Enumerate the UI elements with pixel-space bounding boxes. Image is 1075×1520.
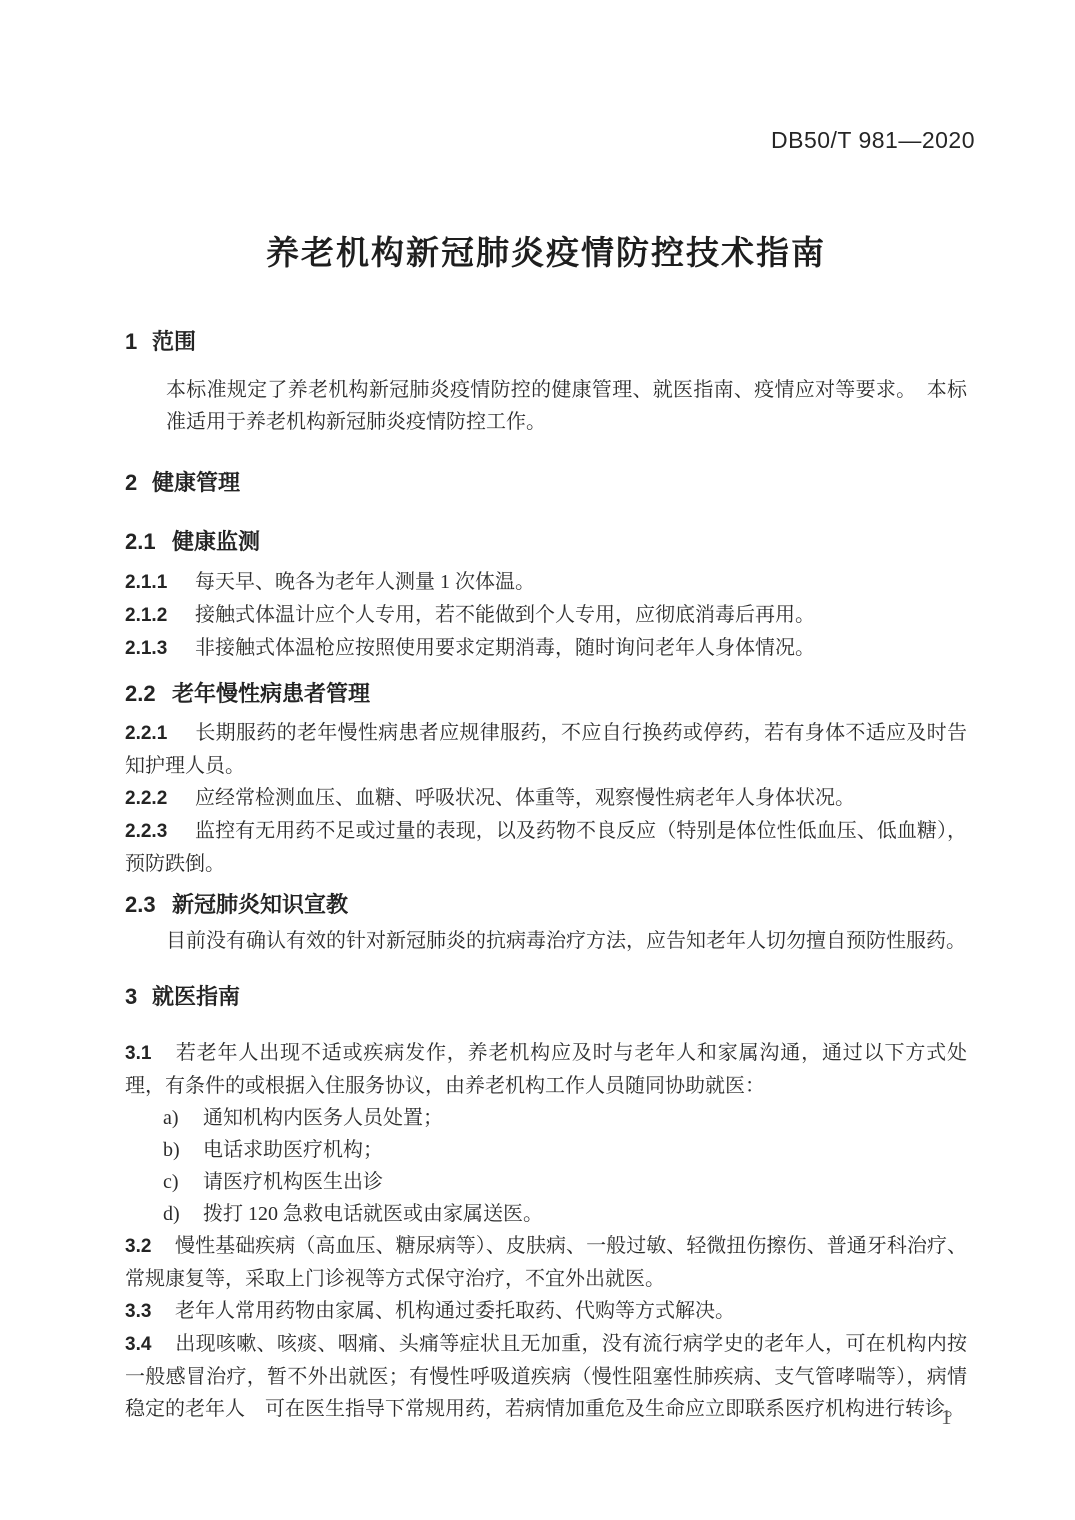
section-title: 新冠肺炎知识宣教 <box>172 892 348 917</box>
clause: 3.1若老年人出现不适或疾病发作，养老机构应及时与老年人和家属沟通，通过以下方式… <box>125 1037 967 1102</box>
section-number: 2.1 <box>125 527 172 557</box>
list-item-label: b) <box>163 1134 203 1166</box>
list-item-label: c) <box>163 1166 203 1198</box>
clause: 2.2.2应经常检测血压、血糖、呼吸状况、体重等，观察慢性病老年人身体状况。 <box>125 782 967 815</box>
clause-text: 若老年人出现不适或疾病发作，养老机构应及时与老年人和家属沟通，通过以下方式处理，… <box>125 1042 967 1097</box>
clause-number: 2.1.3 <box>125 633 195 665</box>
clause: 2.1.3非接触式体温枪应按照使用要求定期消毒，随时询问老年人身体情况。 <box>125 632 967 665</box>
sub-section-heading: 2.1健康监测 <box>125 527 967 557</box>
clause-text: 老年人常用药物由家属、机构通过委托取药、代购等方式解决。 <box>175 1300 735 1322</box>
clause: 3.3老年人常用药物由家属、机构通过委托取药、代购等方式解决。 <box>125 1295 967 1328</box>
clause-text: 长期服药的老年慢性病患者应规律服药，不应自行换药或停药，若有身体不适应及时告知护… <box>125 722 967 777</box>
section-number: 2 <box>125 468 152 498</box>
page-number: 1 <box>941 1405 952 1430</box>
clause: 3.4出现咳嗽、咳痰、咽痛、头痛等症状且无加重，没有流行病学史的老年人，可在机构… <box>125 1328 967 1425</box>
clause-text: 非接触式体温枪应按照使用要求定期消毒，随时询问老年人身体情况。 <box>195 637 815 659</box>
sub-section-heading: 2.3新冠肺炎知识宣教 <box>125 890 967 920</box>
list-item-text: 拨打 120 急救电话就医或由家属送医。 <box>203 1203 543 1225</box>
clause-number: 3.4 <box>125 1329 175 1361</box>
section-title: 范围 <box>152 329 196 354</box>
clause-number: 3.1 <box>125 1038 175 1070</box>
list-item-text: 请医疗机构医生出诊 <box>203 1171 383 1193</box>
section-title: 老年慢性病患者管理 <box>172 681 370 706</box>
clause-number: 3.2 <box>125 1231 175 1263</box>
list-item-text: 通知机构内医务人员处置； <box>203 1107 443 1129</box>
list-item: a)通知机构内医务人员处置； <box>163 1102 967 1134</box>
clause-text: 接触式体温计应个人专用，若不能做到个人专用，应彻底消毒后再用。 <box>195 604 815 626</box>
section-heading: 3就医指南 <box>125 982 967 1012</box>
clause-text: 慢性基础疾病（高血压、糖尿病等）、皮肤病、一般过敏、轻微扭伤擦伤、普通牙科治疗、… <box>125 1235 967 1290</box>
clause: 3.2慢性基础疾病（高血压、糖尿病等）、皮肤病、一般过敏、轻微扭伤擦伤、普通牙科… <box>125 1230 967 1295</box>
document-page: DB50/T 981—2020 养老机构新冠肺炎疫情防控技术指南 1范围 本标准… <box>0 0 1075 1520</box>
sub-section-heading: 2.2老年慢性病患者管理 <box>125 679 967 709</box>
clause: 2.1.1每天早、晚各为老年人测量 1 次体温。 <box>125 566 967 599</box>
clause-text: 监控有无用药不足或过量的表现，以及药物不良反应（特别是体位性低血压、低血糖），预… <box>125 820 967 875</box>
section-heading: 1范围 <box>125 327 967 357</box>
paragraph: 目前没有确认有效的针对新冠肺炎的抗病毒治疗方法，应告知老年人切勿擅自预防性服药。 <box>166 925 967 957</box>
list-item: d)拨打 120 急救电话就医或由家属送医。 <box>163 1198 967 1230</box>
clause: 2.2.1长期服药的老年慢性病患者应规律服药，不应自行换药或停药，若有身体不适应… <box>125 717 967 782</box>
list-item: b)电话求助医疗机构； <box>163 1134 967 1166</box>
doc-code: DB50/T 981—2020 <box>771 127 975 154</box>
clause-number: 2.2.1 <box>125 718 195 750</box>
section-title: 健康管理 <box>152 470 240 495</box>
section-number: 1 <box>125 327 152 357</box>
section-title: 健康监测 <box>172 529 260 554</box>
doc-title: 养老机构新冠肺炎疫情防控技术指南 <box>125 231 967 275</box>
clause-number: 2.1.2 <box>125 600 195 632</box>
section-number: 2.2 <box>125 679 172 709</box>
clause-text: 每天早、晚各为老年人测量 1 次体温。 <box>195 571 535 593</box>
clause-text: 出现咳嗽、咳痰、咽痛、头痛等症状且无加重，没有流行病学史的老年人，可在机构内按一… <box>125 1333 967 1420</box>
clause: 2.1.2接触式体温计应个人专用，若不能做到个人专用，应彻底消毒后再用。 <box>125 599 967 632</box>
clause-number: 3.3 <box>125 1296 175 1328</box>
list-item-text: 电话求助医疗机构； <box>203 1139 383 1161</box>
clause-number: 2.2.2 <box>125 783 195 815</box>
clause: 2.2.3监控有无用药不足或过量的表现，以及药物不良反应（特别是体位性低血压、低… <box>125 815 967 880</box>
list-item-label: a) <box>163 1102 203 1134</box>
clause-number: 2.2.3 <box>125 816 195 848</box>
clause-number: 2.1.1 <box>125 567 195 599</box>
document-content: 养老机构新冠肺炎疫情防控技术指南 1范围 本标准规定了养老机构新冠肺炎疫情防控的… <box>125 0 967 1425</box>
clause-text: 应经常检测血压、血糖、呼吸状况、体重等，观察慢性病老年人身体状况。 <box>195 787 855 809</box>
section-number: 3 <box>125 982 152 1012</box>
section-number: 2.3 <box>125 890 172 920</box>
section-title: 就医指南 <box>152 984 240 1009</box>
list-item-label: d) <box>163 1198 203 1230</box>
section-heading: 2健康管理 <box>125 468 967 498</box>
paragraph: 本标准规定了养老机构新冠肺炎疫情防控的健康管理、就医指南、疫情应对等要求。 本标… <box>166 374 967 438</box>
list-item: c)请医疗机构医生出诊 <box>163 1166 967 1198</box>
